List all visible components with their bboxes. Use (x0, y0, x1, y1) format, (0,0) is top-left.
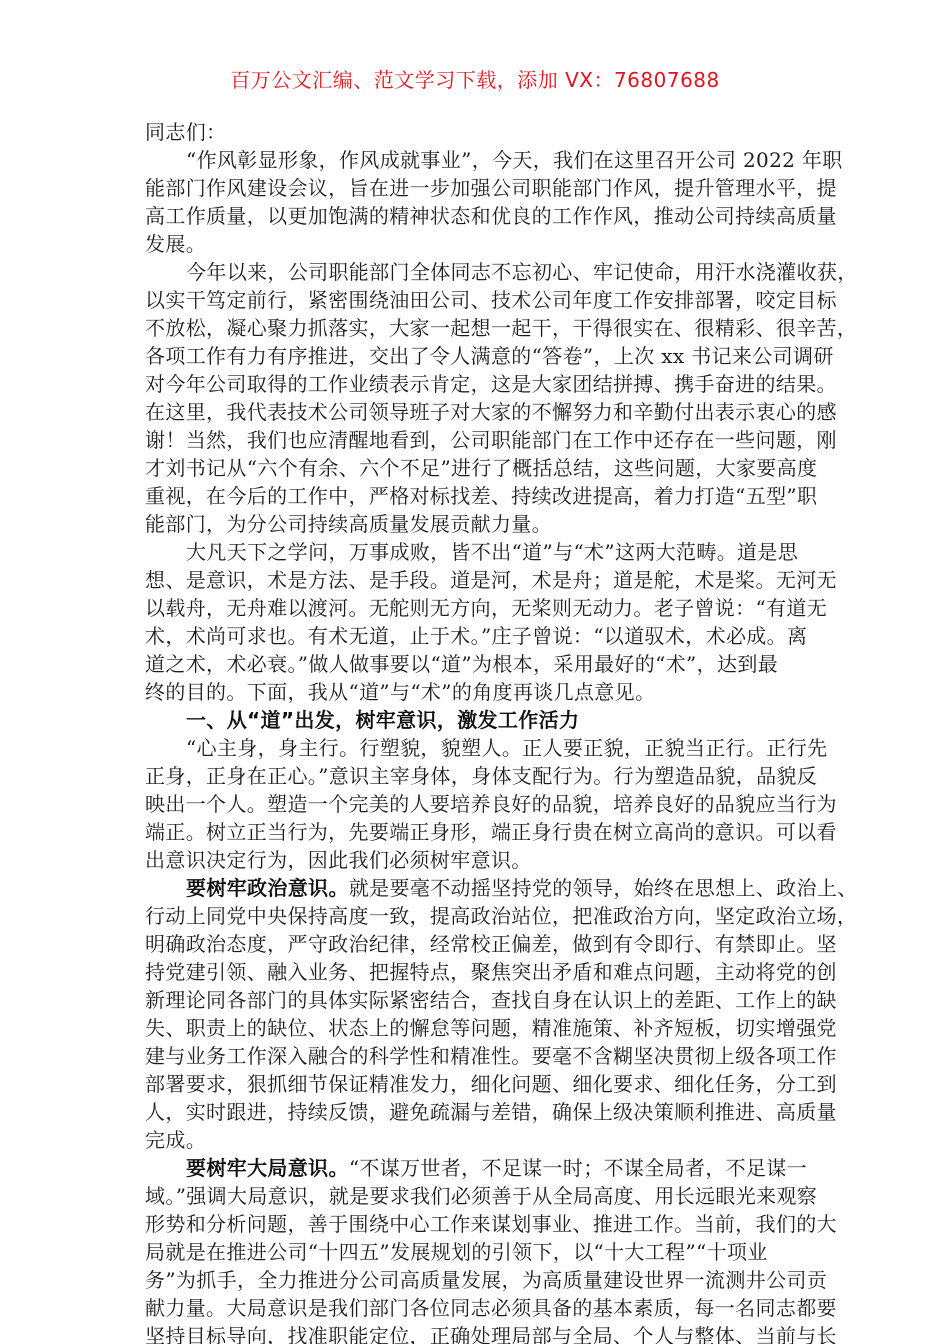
text-line: 部署要求，狠抓细节保证精准发力，细化问题、细化要求、细化任务，分工到 (145, 1070, 809, 1098)
text-line: 发展。 (145, 230, 809, 258)
text-line: 坚持目标导向，找准职能定位，正确处理局部与全局、个人与整体、当前与长 (145, 1322, 809, 1344)
paragraph-political-awareness: 要树牢政治意识。就是要毫不动摇坚持党的领导，始终在思想上、政治上、 行动上同党中… (145, 874, 809, 1154)
text-line: 各项工作有力有序推进，交出了令人满意的“答卷”，上次 xx 书记来公司调研 (145, 342, 809, 370)
text-line: 形势和分析问题，善于围绕中心工作来谋划事业、推进工作。当前，我们的大 (145, 1210, 809, 1238)
text-line: 以载舟，无舟难以渡河。无舵则无方向，无桨则无动力。老子曾说：“有道无 (145, 594, 809, 622)
text-line: 以实干笃定前行，紧密围绕油田公司、技术公司年度工作安排部署，咬定目标 (145, 286, 809, 314)
text-span: “不谋万世者，不足谋一时；不谋全局者，不足谋一 (349, 1156, 807, 1180)
text-line: “心主身，身主行。行塑貌，貌塑人。正人要正貌，正貌当正行。正行先 (145, 734, 809, 762)
salutation: 同志们： (145, 118, 809, 146)
text-line: 建与业务工作深入融合的科学性和精准性。要毫不含糊坚决贯彻上级各项工作 (145, 1042, 809, 1070)
paragraph-achievements: 今年以来，公司职能部门全体同志不忘初心、牢记使命，用汗水浇灌收获， 以实干笃定前… (145, 258, 809, 538)
paragraph-overall-awareness: 要树牢大局意识。“不谋万世者，不足谋一时；不谋全局者，不足谋一 域。”强调大局意… (145, 1154, 809, 1344)
text-line: 对今年公司取得的工作业绩表示肯定，这是大家团结拼搏、携手奋进的结果。 (145, 370, 809, 398)
text-line: 重视，在今后的工作中，严格对标找差、持续改进提高，着力打造“五型”职 (145, 482, 809, 510)
paragraph-consciousness: “心主身，身主行。行塑貌，貌塑人。正人要正貌，正貌当正行。正行先 正身，正身在正… (145, 734, 809, 874)
text-line: 今年以来，公司职能部门全体同志不忘初心、牢记使命，用汗水浇灌收获， (145, 258, 809, 286)
text-line: 持党建引领、融入业务、把握特点，聚焦突出矛盾和难点问题，主动将党的创 (145, 958, 809, 986)
text-line: 能部门，为分公司持续高质量发展贡献力量。 (145, 510, 809, 538)
text-line: 域。”强调大局意识，就是要求我们必须善于从全局高度、用长远眼光来观察 (145, 1182, 809, 1210)
section-heading: 一、从“道”出发，树牢意识，激发工作活力 (145, 706, 809, 734)
text-line: “作风彰显形象，作风成就事业”，今天，我们在这里召开公司 2022 年职 (145, 146, 809, 174)
document-body: 同志们： “作风彰显形象，作风成就事业”，今天，我们在这里召开公司 2022 年… (145, 118, 809, 1344)
text-line: 在这里，我代表技术公司领导班子对大家的不懈努力和辛勤付出表示衷心的感 (145, 398, 809, 426)
text-line: 要树牢政治意识。就是要毫不动摇坚持党的领导，始终在思想上、政治上、 (145, 874, 809, 902)
text-line: 大凡天下之学问，万事成败，皆不出“道”与“术”这两大范畴。道是思 (145, 538, 809, 566)
subheading-overall-awareness: 要树牢大局意识。 (186, 1156, 349, 1180)
text-line: 行动上同党中央保持高度一致，提高政治站位，把准政治方向，坚定政治立场， (145, 902, 809, 930)
text-line: 道之术，术必衰。”做人做事要以“道”为根本，采用最好的“术”，达到最 (145, 650, 809, 678)
paragraph-dao-shu: 大凡天下之学问，万事成败，皆不出“道”与“术”这两大范畴。道是思 想、是意识，术… (145, 538, 809, 706)
watermark-header: 百万公文汇编、范文学习下载，添加 VX：76807688 (0, 66, 950, 94)
text-line: 正身，正身在正心。”意识主宰身体，身体支配行为。行为塑造品貌，品貌反 (145, 762, 809, 790)
text-line: 能部门作风建设会议，旨在进一步加强公司职能部门作风，提升管理水平，提 (145, 174, 809, 202)
text-line: 高工作质量，以更加饱满的精神状态和优良的工作作风，推动公司持续高质量 (145, 202, 809, 230)
text-line: 不放松，凝心聚力抓落实，大家一起想一起干，干得很实在、很精彩、很辛苦， (145, 314, 809, 342)
text-line: 谢！当然，我们也应清醒地看到，公司职能部门在工作中还存在一些问题，刚 (145, 426, 809, 454)
text-line: 局就是在推进公司“十四五”发展规划的引领下，以“十大工程”“十项业 (145, 1238, 809, 1266)
text-line: 新理论同各部门的具体实际紧密结合，查找自身在认识上的差距、工作上的缺 (145, 986, 809, 1014)
text-line: 献力量。大局意识是我们部门各位同志必须具备的基本素质，每一名同志都要 (145, 1294, 809, 1322)
text-line: 想、是意识，术是方法、是手段。道是河，术是舟；道是舵，术是桨。无河无 (145, 566, 809, 594)
text-line: 务”为抓手，全力推进分公司高质量发展，为高质量建设世界一流测井公司贡 (145, 1266, 809, 1294)
text-line: 端正。树立正当行为，先要端正身形，端正身行贵在树立高尚的意识。可以看 (145, 818, 809, 846)
text-span: 就是要毫不动摇坚持党的领导，始终在思想上、政治上、 (349, 876, 858, 900)
text-line: 完成。 (145, 1126, 809, 1154)
text-line: 要树牢大局意识。“不谋万世者，不足谋一时；不谋全局者，不足谋一 (145, 1154, 809, 1182)
subheading-political-awareness: 要树牢政治意识。 (186, 876, 349, 900)
text-line: 失、职责上的缺位、状态上的懈怠等问题，精准施策、补齐短板，切实增强党 (145, 1014, 809, 1042)
text-line: 映出一个人。塑造一个完美的人要培养良好的品貌，培养良好的品貌应当行为 (145, 790, 809, 818)
text-line: 出意识决定行为，因此我们必须树牢意识。 (145, 846, 809, 874)
text-line: 明确政治态度，严守政治纪律，经常校正偏差，做到有令即行、有禁即止。坚 (145, 930, 809, 958)
text-line: 人，实时跟进，持续反馈，避免疏漏与差错，确保上级决策顺利推进、高质量 (145, 1098, 809, 1126)
text-line: 终的目的。下面，我从“道”与“术”的角度再谈几点意见。 (145, 678, 809, 706)
text-line: 术，术尚可求也。有术无道，止于术。”庄子曾说：“以道驭术，术必成。离 (145, 622, 809, 650)
text-line: 才刘书记从“六个有余、六个不足”进行了概括总结，这些问题，大家要高度 (145, 454, 809, 482)
paragraph-opening: “作风彰显形象，作风成就事业”，今天，我们在这里召开公司 2022 年职 能部门… (145, 146, 809, 258)
